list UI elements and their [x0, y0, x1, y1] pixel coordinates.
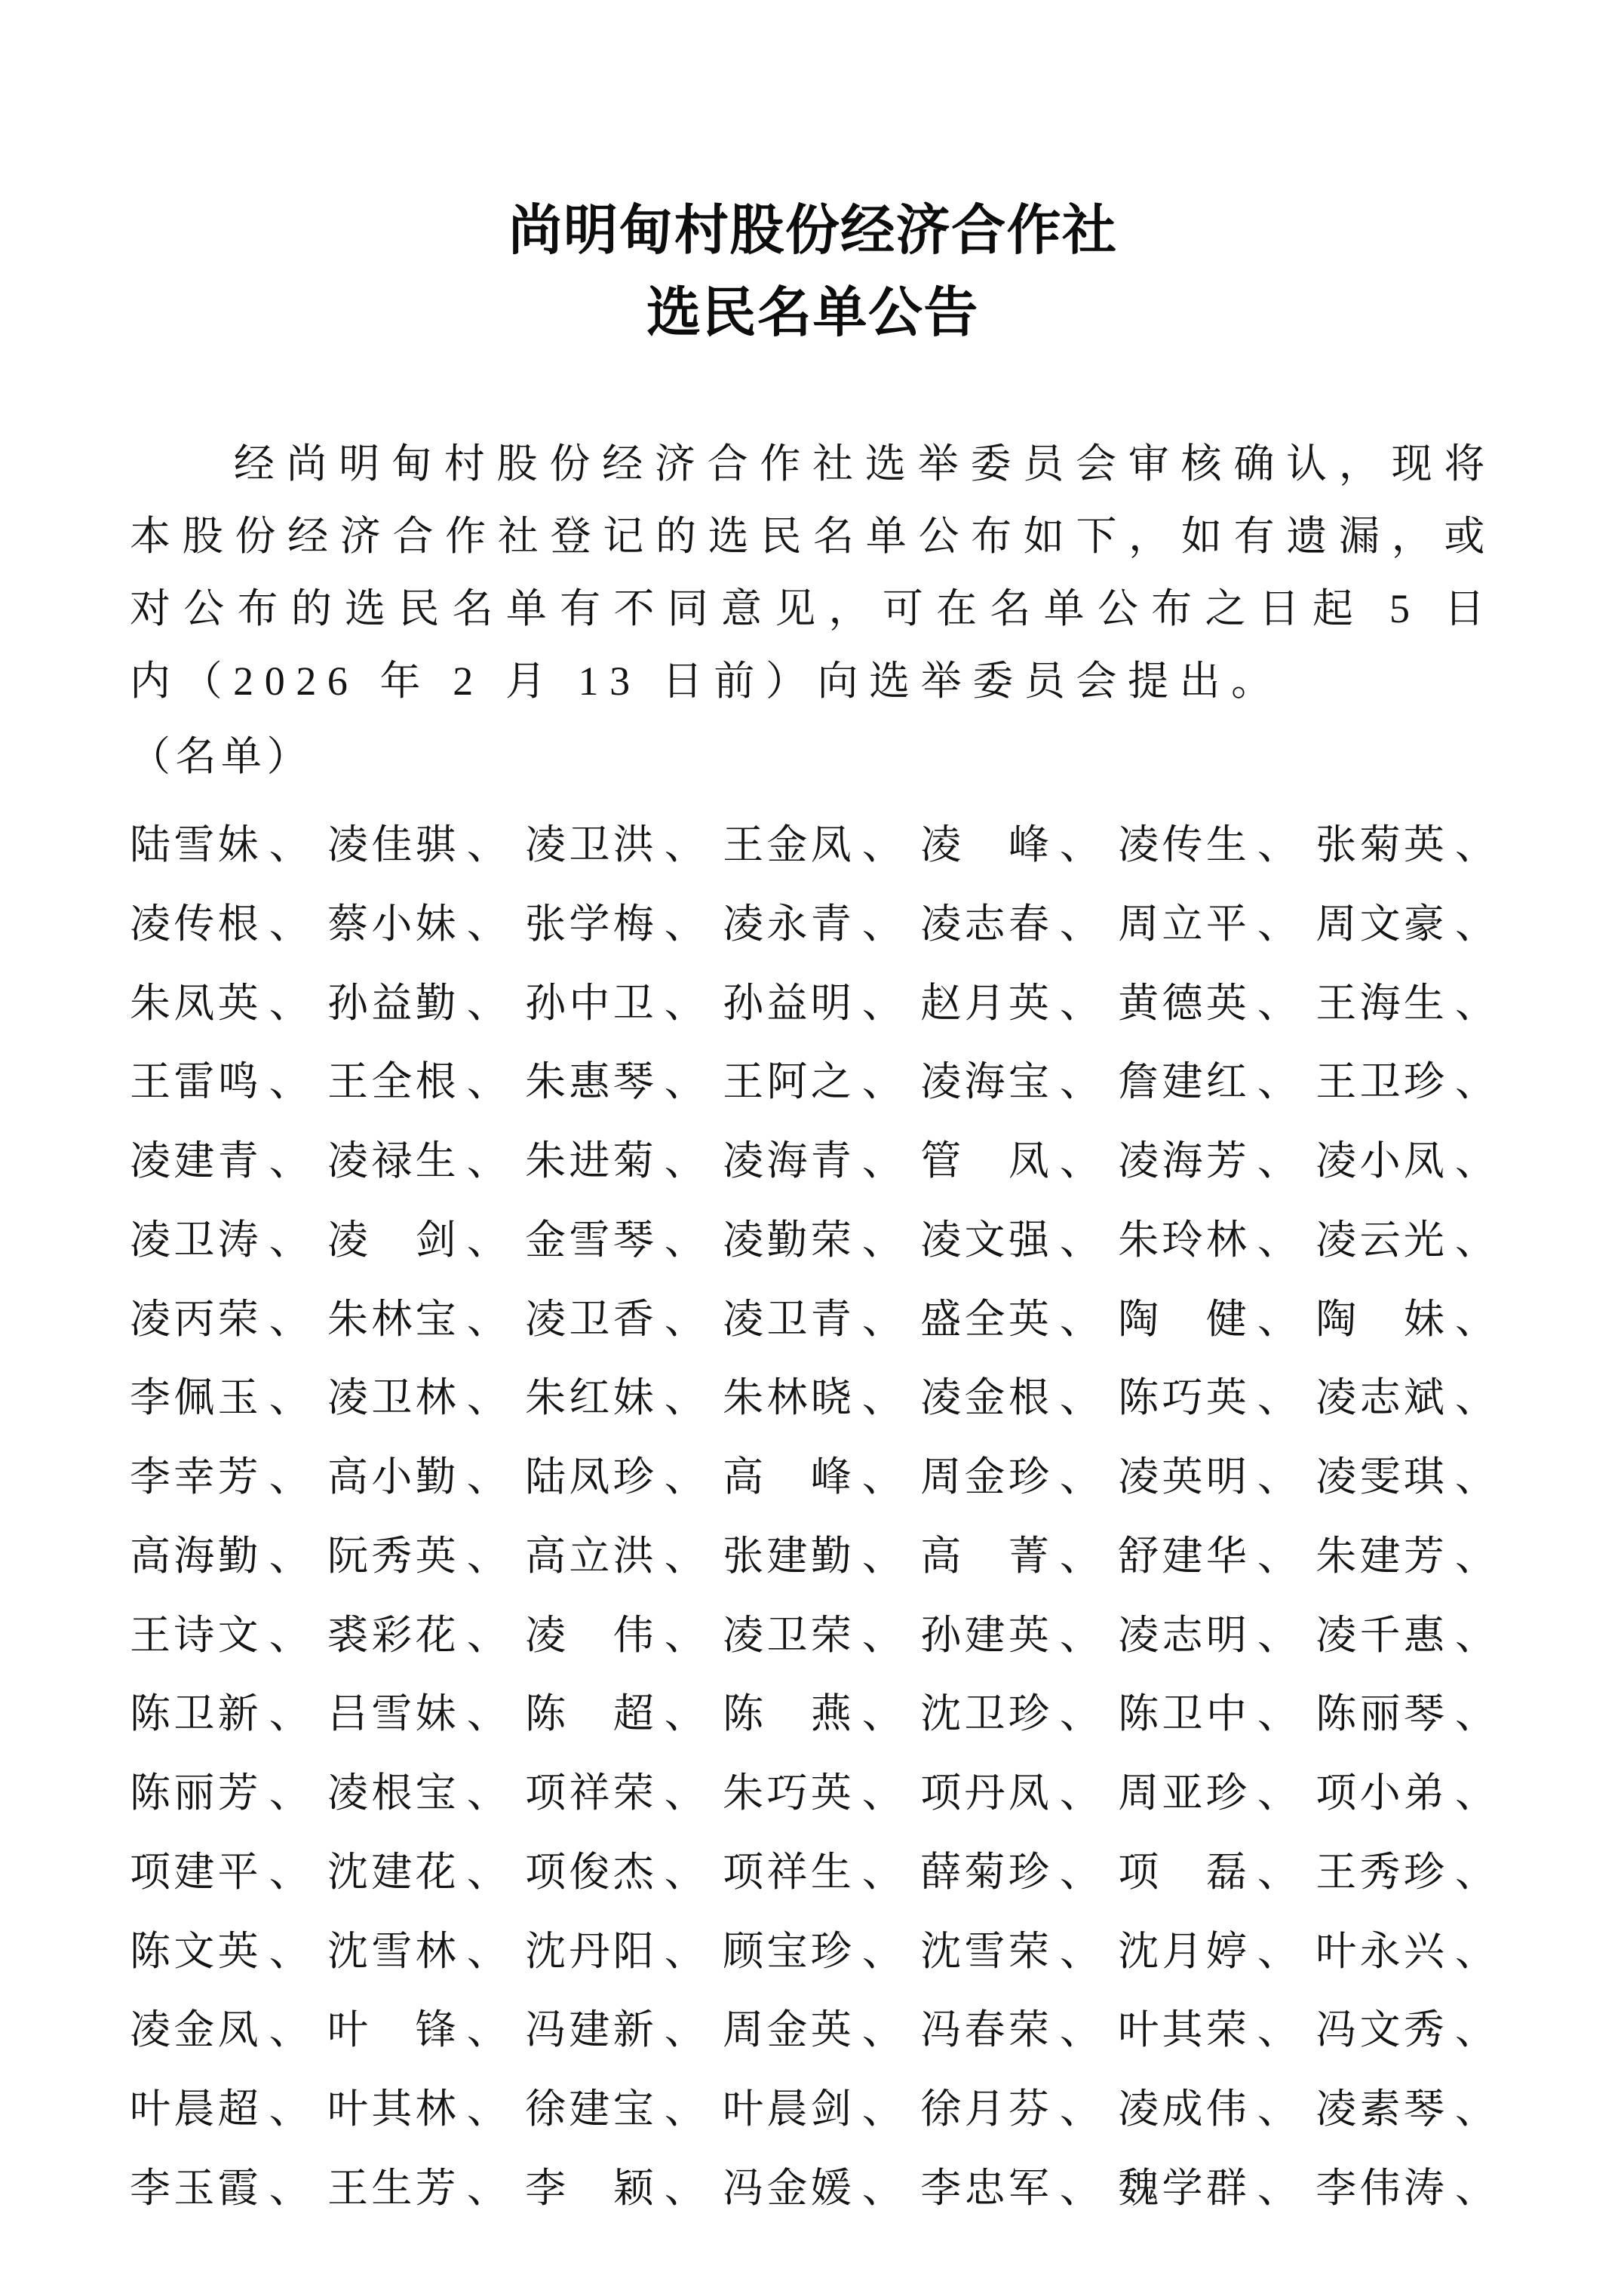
name-separator: 、	[1257, 822, 1298, 867]
name-separator: 、	[862, 2166, 903, 2211]
name-separator: 、	[1257, 1691, 1298, 1736]
name-separator: 、	[269, 1929, 310, 1974]
name-separator: 、	[862, 2007, 903, 2052]
voter-name-text: 凌海宝	[920, 1059, 1052, 1104]
voter-name: 王秀珍、	[1315, 1833, 1496, 1912]
voter-name: 孙建英、	[920, 1596, 1101, 1675]
name-separator: 、	[1455, 1375, 1496, 1420]
voter-name-text: 陶 妹	[1315, 1297, 1447, 1342]
voter-name: 陈文英、	[130, 1912, 310, 1991]
name-separator: 、	[862, 1691, 903, 1736]
voter-name-text: 凌禄生	[327, 1138, 459, 1183]
voter-name: 李 颖、	[525, 2149, 705, 2228]
voter-name-text: 周金珍	[920, 1454, 1052, 1500]
voter-name: 凌卫荣、	[723, 1596, 903, 1675]
name-separator: 、	[862, 1929, 903, 1974]
voter-name: 高 峰、	[723, 1438, 903, 1517]
name-row: 李幸芳、高小勤、陆凤珍、高 峰、周金珍、凌英明、凌雯琪、	[130, 1438, 1496, 1517]
name-separator: 、	[467, 1533, 508, 1579]
name-separator: 、	[665, 1375, 705, 1420]
voter-name-text: 陶 健	[1118, 1297, 1250, 1342]
voter-name-text: 凌成伟	[1118, 2086, 1250, 2132]
name-row: 凌传根、蔡小妹、张学梅、凌永青、凌志春、周立平、周文豪、	[130, 885, 1496, 964]
voter-name: 凌金凤、	[130, 1991, 310, 2070]
voter-name: 冯建新、	[525, 1991, 705, 2070]
name-separator: 、	[1257, 2086, 1298, 2132]
name-separator: 、	[269, 2166, 310, 2211]
voter-name-text: 凌文强	[920, 1217, 1052, 1263]
name-separator: 、	[862, 822, 903, 867]
voter-name: 朱巧英、	[723, 1754, 903, 1833]
name-separator: 、	[1060, 1850, 1101, 1895]
voter-name-text: 王金凤	[723, 822, 855, 867]
voter-name-text: 凌云光	[1315, 1217, 1447, 1263]
voter-name-text: 冯春荣	[920, 2007, 1052, 2052]
voter-name: 薛菊珍、	[920, 1833, 1101, 1912]
voter-name-text: 盛全英	[920, 1297, 1052, 1342]
voter-name-text: 冯文秀	[1315, 2007, 1447, 2052]
name-separator: 、	[467, 1217, 508, 1263]
voter-name: 周金珍、	[920, 1438, 1101, 1517]
name-separator: 、	[665, 1533, 705, 1579]
voter-name-text: 沈丹阳	[525, 1929, 657, 1974]
voter-name-text: 项祥生	[723, 1850, 855, 1895]
document-title: 尚明甸村股份经济合作社 选民名单公告	[130, 190, 1496, 355]
name-separator: 、	[1257, 1770, 1298, 1816]
name-separator: 、	[862, 1454, 903, 1500]
voter-name: 阮秀英、	[327, 1517, 508, 1596]
name-separator: 、	[1455, 2086, 1496, 2132]
voter-name-text: 凌卫洪	[525, 822, 657, 867]
voter-name: 凌志春、	[920, 885, 1101, 964]
name-separator: 、	[1455, 1138, 1496, 1183]
voter-name: 陈丽芳、	[130, 1754, 310, 1833]
voter-name: 陈卫中、	[1118, 1675, 1298, 1754]
name-separator: 、	[467, 1059, 508, 1104]
name-separator: 、	[862, 1297, 903, 1342]
voter-name-text: 孙益明	[723, 981, 855, 1026]
voter-name-text: 高 菁	[920, 1533, 1052, 1579]
name-separator: 、	[1257, 1217, 1298, 1263]
name-separator: 、	[1455, 2166, 1496, 2211]
name-separator: 、	[467, 1454, 508, 1500]
voter-name: 凌千惠、	[1315, 1596, 1496, 1675]
voter-name-text: 朱进菊	[525, 1138, 657, 1183]
voter-name: 凌卫林、	[327, 1358, 508, 1438]
voter-name: 凌 伟、	[525, 1596, 705, 1675]
name-separator: 、	[862, 1217, 903, 1263]
voter-name-text: 叶其林	[327, 2086, 459, 2132]
name-separator: 、	[1455, 822, 1496, 867]
voter-name: 管 凤、	[920, 1122, 1101, 1201]
voter-name-text: 陈丽琴	[1315, 1691, 1447, 1736]
voter-name-text: 舒建华	[1118, 1533, 1250, 1579]
name-separator: 、	[467, 2086, 508, 2132]
name-separator: 、	[1455, 1297, 1496, 1342]
voter-name: 孙益明、	[723, 964, 903, 1043]
voter-name: 陈丽琴、	[1315, 1675, 1496, 1754]
voter-name-text: 沈卫珍	[920, 1691, 1052, 1736]
name-separator: 、	[1257, 1613, 1298, 1658]
voter-name: 凌卫洪、	[525, 806, 705, 885]
name-separator: 、	[1060, 1533, 1101, 1579]
voter-name-text: 顾宝珍	[723, 1929, 855, 1974]
name-separator: 、	[665, 2007, 705, 2052]
name-row: 项建平、沈建花、项俊杰、项祥生、薛菊珍、项 磊、王秀珍、	[130, 1833, 1496, 1912]
name-separator: 、	[467, 1850, 508, 1895]
name-row: 凌丙荣、朱林宝、凌卫香、凌卫青、盛全英、陶 健、陶 妹、	[130, 1280, 1496, 1359]
voter-name-text: 凌佳骐	[327, 822, 459, 867]
voter-name-text: 王诗文	[130, 1613, 262, 1658]
name-separator: 、	[269, 1533, 310, 1579]
voter-name-list: 陆雪妹、凌佳骐、凌卫洪、王金凤、凌 峰、凌传生、张菊英、凌传根、蔡小妹、张学梅、…	[130, 806, 1496, 2228]
voter-name: 陶 健、	[1118, 1280, 1298, 1359]
name-separator: 、	[1455, 1850, 1496, 1895]
voter-name-text: 王全根	[327, 1059, 459, 1104]
voter-name-text: 赵月英	[920, 981, 1052, 1026]
name-separator: 、	[269, 1691, 310, 1736]
name-row: 王诗文、裘彩花、凌 伟、凌卫荣、孙建英、凌志明、凌千惠、	[130, 1596, 1496, 1675]
name-separator: 、	[467, 1929, 508, 1974]
name-separator: 、	[665, 822, 705, 867]
voter-name: 凌 峰、	[920, 806, 1101, 885]
voter-name: 吕雪妹、	[327, 1675, 508, 1754]
voter-name-text: 冯金媛	[723, 2166, 855, 2211]
name-separator: 、	[1060, 2166, 1101, 2211]
name-separator: 、	[1060, 1929, 1101, 1974]
voter-name-text: 黄德英	[1118, 981, 1250, 1026]
name-separator: 、	[862, 901, 903, 947]
name-separator: 、	[1060, 1770, 1101, 1816]
voter-name-text: 凌英明	[1118, 1454, 1250, 1500]
name-row: 叶晨超、叶其林、徐建宝、叶晨剑、徐月芬、凌成伟、凌素琴、	[130, 2070, 1496, 2149]
voter-name-text: 朱林晓	[723, 1375, 855, 1420]
voter-name: 张菊英、	[1315, 806, 1496, 885]
name-row: 高海勤、阮秀英、高立洪、张建勤、高 菁、舒建华、朱建芳、	[130, 1517, 1496, 1596]
name-separator: 、	[467, 901, 508, 947]
voter-name: 朱林宝、	[327, 1280, 508, 1359]
voter-name-text: 朱建芳	[1315, 1533, 1447, 1579]
voter-name: 周亚珍、	[1118, 1754, 1298, 1833]
voter-name: 李佩玉、	[130, 1358, 310, 1438]
voter-name: 凌传根、	[130, 885, 310, 964]
voter-name-text: 凌永青	[723, 901, 855, 947]
list-label: （名单）	[130, 722, 1496, 792]
voter-name-text: 叶其荣	[1118, 2007, 1250, 2052]
name-row: 凌建青、凌禄生、朱进菊、凌海青、管 凤、凌海芳、凌小凤、	[130, 1122, 1496, 1201]
voter-name: 凌志斌、	[1315, 1358, 1496, 1438]
voter-name: 周立平、	[1118, 885, 1298, 964]
voter-name: 李幸芳、	[130, 1438, 310, 1517]
name-separator: 、	[665, 1217, 705, 1263]
name-separator: 、	[1060, 1454, 1101, 1500]
voter-name-text: 叶永兴	[1315, 1929, 1447, 1974]
name-separator: 、	[269, 2007, 310, 2052]
name-separator: 、	[269, 1138, 310, 1183]
name-separator: 、	[1455, 2007, 1496, 2052]
voter-name-text: 陈丽芳	[130, 1770, 262, 1816]
voter-name: 孙益勤、	[327, 964, 508, 1043]
voter-name-text: 管 凤	[920, 1138, 1052, 1183]
voter-name-text: 凌素琴	[1315, 2086, 1447, 2132]
voter-name: 顾宝珍、	[723, 1912, 903, 1991]
voter-name-text: 沈雪荣	[920, 1929, 1052, 1974]
voter-name: 裘彩花、	[327, 1596, 508, 1675]
voter-name: 张学梅、	[525, 885, 705, 964]
voter-name: 陈卫新、	[130, 1675, 310, 1754]
name-separator: 、	[1455, 1929, 1496, 1974]
voter-name: 王雷鸣、	[130, 1042, 310, 1122]
voter-name-text: 王生芳	[327, 2166, 459, 2211]
voter-name: 李伟涛、	[1315, 2149, 1496, 2228]
voter-name: 高海勤、	[130, 1517, 310, 1596]
voter-name: 凌卫香、	[525, 1280, 705, 1359]
voter-name: 朱进菊、	[525, 1122, 705, 1201]
voter-name-text: 詹建红	[1118, 1059, 1250, 1104]
voter-name: 凌金根、	[920, 1358, 1101, 1438]
name-separator: 、	[1257, 1454, 1298, 1500]
voter-name-text: 朱林宝	[327, 1297, 459, 1342]
name-row: 陆雪妹、凌佳骐、凌卫洪、王金凤、凌 峰、凌传生、张菊英、	[130, 806, 1496, 885]
voter-name-text: 金雪琴	[525, 1217, 657, 1263]
voter-name-text: 项 磊	[1118, 1850, 1250, 1895]
voter-name-text: 朱玲林	[1118, 1217, 1250, 1263]
voter-name-text: 凌志斌	[1315, 1375, 1447, 1420]
voter-name-text: 冯建新	[525, 2007, 657, 2052]
name-separator: 、	[665, 2086, 705, 2132]
voter-name: 蔡小妹、	[327, 885, 508, 964]
voter-name-text: 凌海芳	[1118, 1138, 1250, 1183]
document-page: 尚明甸村股份经济合作社 选民名单公告 经尚明甸村股份经济合作社选举委员会审核确认…	[0, 0, 1624, 2281]
voter-name: 凌雯琪、	[1315, 1438, 1496, 1517]
voter-name: 凌佳骐、	[327, 806, 508, 885]
voter-name-text: 沈建花	[327, 1850, 459, 1895]
voter-name: 魏学群、	[1118, 2149, 1298, 2228]
voter-name: 凌传生、	[1118, 806, 1298, 885]
voter-name: 沈雪荣、	[920, 1912, 1101, 1991]
name-separator: 、	[467, 822, 508, 867]
voter-name-text: 李 颖	[525, 2166, 657, 2211]
voter-name-text: 叶晨超	[130, 2086, 262, 2132]
voter-name-text: 凌 峰	[920, 822, 1052, 867]
voter-name: 叶永兴、	[1315, 1912, 1496, 1991]
voter-name-text: 凌卫荣	[723, 1613, 855, 1658]
name-separator: 、	[862, 1059, 903, 1104]
name-row: 凌卫涛、凌 剑、金雪琴、凌勤荣、凌文强、朱玲林、凌云光、	[130, 1201, 1496, 1280]
voter-name-text: 凌丙荣	[130, 1297, 262, 1342]
voter-name-text: 叶 锋	[327, 2007, 459, 2052]
voter-name-text: 项祥荣	[525, 1770, 657, 1816]
voter-name: 周金英、	[723, 1991, 903, 2070]
voter-name-text: 凌金凤	[130, 2007, 262, 2052]
name-separator: 、	[1257, 901, 1298, 947]
voter-name: 叶 锋、	[327, 1991, 508, 2070]
voter-name: 叶晨超、	[130, 2070, 310, 2149]
name-separator: 、	[467, 1691, 508, 1736]
name-separator: 、	[269, 1454, 310, 1500]
voter-name: 凌云光、	[1315, 1201, 1496, 1280]
voter-name-text: 陈巧英	[1118, 1375, 1250, 1420]
voter-name-text: 王海生	[1315, 981, 1447, 1026]
name-separator: 、	[862, 1850, 903, 1895]
voter-name-text: 凌卫青	[723, 1297, 855, 1342]
voter-name: 陆凤珍、	[525, 1438, 705, 1517]
voter-name: 项小弟、	[1315, 1754, 1496, 1833]
name-separator: 、	[1257, 1375, 1298, 1420]
name-separator: 、	[665, 1850, 705, 1895]
voter-name-text: 凌 剑	[327, 1217, 459, 1263]
name-separator: 、	[467, 2166, 508, 2211]
voter-name: 凌卫青、	[723, 1280, 903, 1359]
voter-name-text: 凌雯琪	[1315, 1454, 1447, 1500]
voter-name: 项俊杰、	[525, 1833, 705, 1912]
name-separator: 、	[665, 1691, 705, 1736]
voter-name: 凌丙荣、	[130, 1280, 310, 1359]
voter-name-text: 李玉霞	[130, 2166, 262, 2211]
name-separator: 、	[862, 1533, 903, 1579]
voter-name-text: 沈雪林	[327, 1929, 459, 1974]
voter-name: 徐建宝、	[525, 2070, 705, 2149]
voter-name: 沈卫珍、	[920, 1675, 1101, 1754]
name-separator: 、	[1455, 1059, 1496, 1104]
voter-name: 王诗文、	[130, 1596, 310, 1675]
voter-name: 王生芳、	[327, 2149, 508, 2228]
voter-name-text: 沈月婷	[1118, 1929, 1250, 1974]
voter-name: 朱林晓、	[723, 1358, 903, 1438]
voter-name-text: 陈卫新	[130, 1691, 262, 1736]
name-separator: 、	[1060, 822, 1101, 867]
voter-name-text: 凌传生	[1118, 822, 1250, 867]
name-separator: 、	[467, 1375, 508, 1420]
voter-name-text: 凌 伟	[525, 1613, 657, 1658]
name-row: 陈卫新、吕雪妹、陈 超、陈 燕、沈卫珍、陈卫中、陈丽琴、	[130, 1675, 1496, 1754]
name-separator: 、	[269, 1850, 310, 1895]
name-separator: 、	[269, 1770, 310, 1816]
name-separator: 、	[665, 1059, 705, 1104]
voter-name: 项建平、	[130, 1833, 310, 1912]
name-separator: 、	[269, 1613, 310, 1658]
name-separator: 、	[665, 1297, 705, 1342]
name-row: 李佩玉、凌卫林、朱红妹、朱林晓、凌金根、陈巧英、凌志斌、	[130, 1358, 1496, 1438]
name-separator: 、	[1060, 2086, 1101, 2132]
voter-name: 徐月芬、	[920, 2070, 1101, 2149]
voter-name: 项 磊、	[1118, 1833, 1298, 1912]
voter-name: 项丹凤、	[920, 1754, 1101, 1833]
voter-name-text: 孙中卫	[525, 981, 657, 1026]
voter-name: 凌永青、	[723, 885, 903, 964]
voter-name: 金雪琴、	[525, 1201, 705, 1280]
voter-name-text: 凌小凤	[1315, 1138, 1447, 1183]
name-separator: 、	[1257, 1138, 1298, 1183]
name-row: 朱凤英、孙益勤、孙中卫、孙益明、赵月英、黄德英、王海生、	[130, 964, 1496, 1043]
voter-name: 凌文强、	[920, 1201, 1101, 1280]
voter-name-text: 陈 燕	[723, 1691, 855, 1736]
voter-name-text: 李幸芳	[130, 1454, 262, 1500]
voter-name: 周文豪、	[1315, 885, 1496, 964]
name-separator: 、	[1257, 1297, 1298, 1342]
voter-name: 张建勤、	[723, 1517, 903, 1596]
voter-name-text: 凌海青	[723, 1138, 855, 1183]
name-row: 陈文英、沈雪林、沈丹阳、顾宝珍、沈雪荣、沈月婷、叶永兴、	[130, 1912, 1496, 1991]
name-separator: 、	[269, 901, 310, 947]
voter-name: 赵月英、	[920, 964, 1101, 1043]
name-separator: 、	[862, 2086, 903, 2132]
voter-name-text: 张学梅	[525, 901, 657, 947]
voter-name-text: 王阿之	[723, 1059, 855, 1104]
document-title-line1: 尚明甸村股份经济合作社	[508, 201, 1118, 261]
voter-name-text: 陆雪妹	[130, 822, 262, 867]
voter-name: 高立洪、	[525, 1517, 705, 1596]
voter-name-text: 凌志春	[920, 901, 1052, 947]
voter-name-text: 李忠军	[920, 2166, 1052, 2211]
name-separator: 、	[467, 1297, 508, 1342]
name-separator: 、	[1455, 901, 1496, 947]
name-separator: 、	[1257, 2007, 1298, 2052]
name-separator: 、	[862, 1138, 903, 1183]
voter-name-text: 凌勤荣	[723, 1217, 855, 1263]
name-separator: 、	[665, 2166, 705, 2211]
voter-name-text: 高立洪	[525, 1533, 657, 1579]
voter-name: 朱建芳、	[1315, 1517, 1496, 1596]
name-separator: 、	[665, 981, 705, 1026]
voter-name-text: 吕雪妹	[327, 1691, 459, 1736]
voter-name: 王阿之、	[723, 1042, 903, 1122]
name-separator: 、	[1257, 1850, 1298, 1895]
name-separator: 、	[665, 1138, 705, 1183]
voter-name: 凌建青、	[130, 1122, 310, 1201]
voter-name: 凌志明、	[1118, 1596, 1298, 1675]
name-separator: 、	[1060, 1217, 1101, 1263]
name-separator: 、	[1455, 1613, 1496, 1658]
name-separator: 、	[269, 1375, 310, 1420]
voter-name-text: 陈卫中	[1118, 1691, 1250, 1736]
voter-name: 陈 燕、	[723, 1675, 903, 1754]
name-separator: 、	[1060, 1613, 1101, 1658]
name-separator: 、	[862, 1613, 903, 1658]
voter-name: 盛全英、	[920, 1280, 1101, 1359]
voter-name: 凌禄生、	[327, 1122, 508, 1201]
voter-name-text: 魏学群	[1118, 2166, 1250, 2211]
voter-name-text: 陆凤珍	[525, 1454, 657, 1500]
voter-name: 王卫珍、	[1315, 1042, 1496, 1122]
voter-name: 沈雪林、	[327, 1912, 508, 1991]
voter-name: 凌根宝、	[327, 1754, 508, 1833]
voter-name: 凌海青、	[723, 1122, 903, 1201]
voter-name-text: 阮秀英	[327, 1533, 459, 1579]
name-separator: 、	[467, 2007, 508, 2052]
name-separator: 、	[665, 1613, 705, 1658]
voter-name: 王金凤、	[723, 806, 903, 885]
voter-name-text: 高小勤	[327, 1454, 459, 1500]
name-separator: 、	[1455, 1217, 1496, 1263]
voter-name: 叶其林、	[327, 2070, 508, 2149]
voter-name: 陈巧英、	[1118, 1358, 1298, 1438]
voter-name: 沈月婷、	[1118, 1912, 1298, 1991]
name-separator: 、	[1060, 2007, 1101, 2052]
voter-name: 沈丹阳、	[525, 1912, 705, 1991]
name-separator: 、	[1455, 1533, 1496, 1579]
voter-name-text: 凌金根	[920, 1375, 1052, 1420]
voter-name: 冯春荣、	[920, 1991, 1101, 2070]
name-separator: 、	[1455, 1454, 1496, 1500]
voter-name-text: 凌卫香	[525, 1297, 657, 1342]
voter-name: 李忠军、	[920, 2149, 1101, 2228]
voter-name-text: 周文豪	[1315, 901, 1447, 947]
voter-name: 沈建花、	[327, 1833, 508, 1912]
voter-name: 陈 超、	[525, 1675, 705, 1754]
name-separator: 、	[665, 1454, 705, 1500]
voter-name: 冯金媛、	[723, 2149, 903, 2228]
